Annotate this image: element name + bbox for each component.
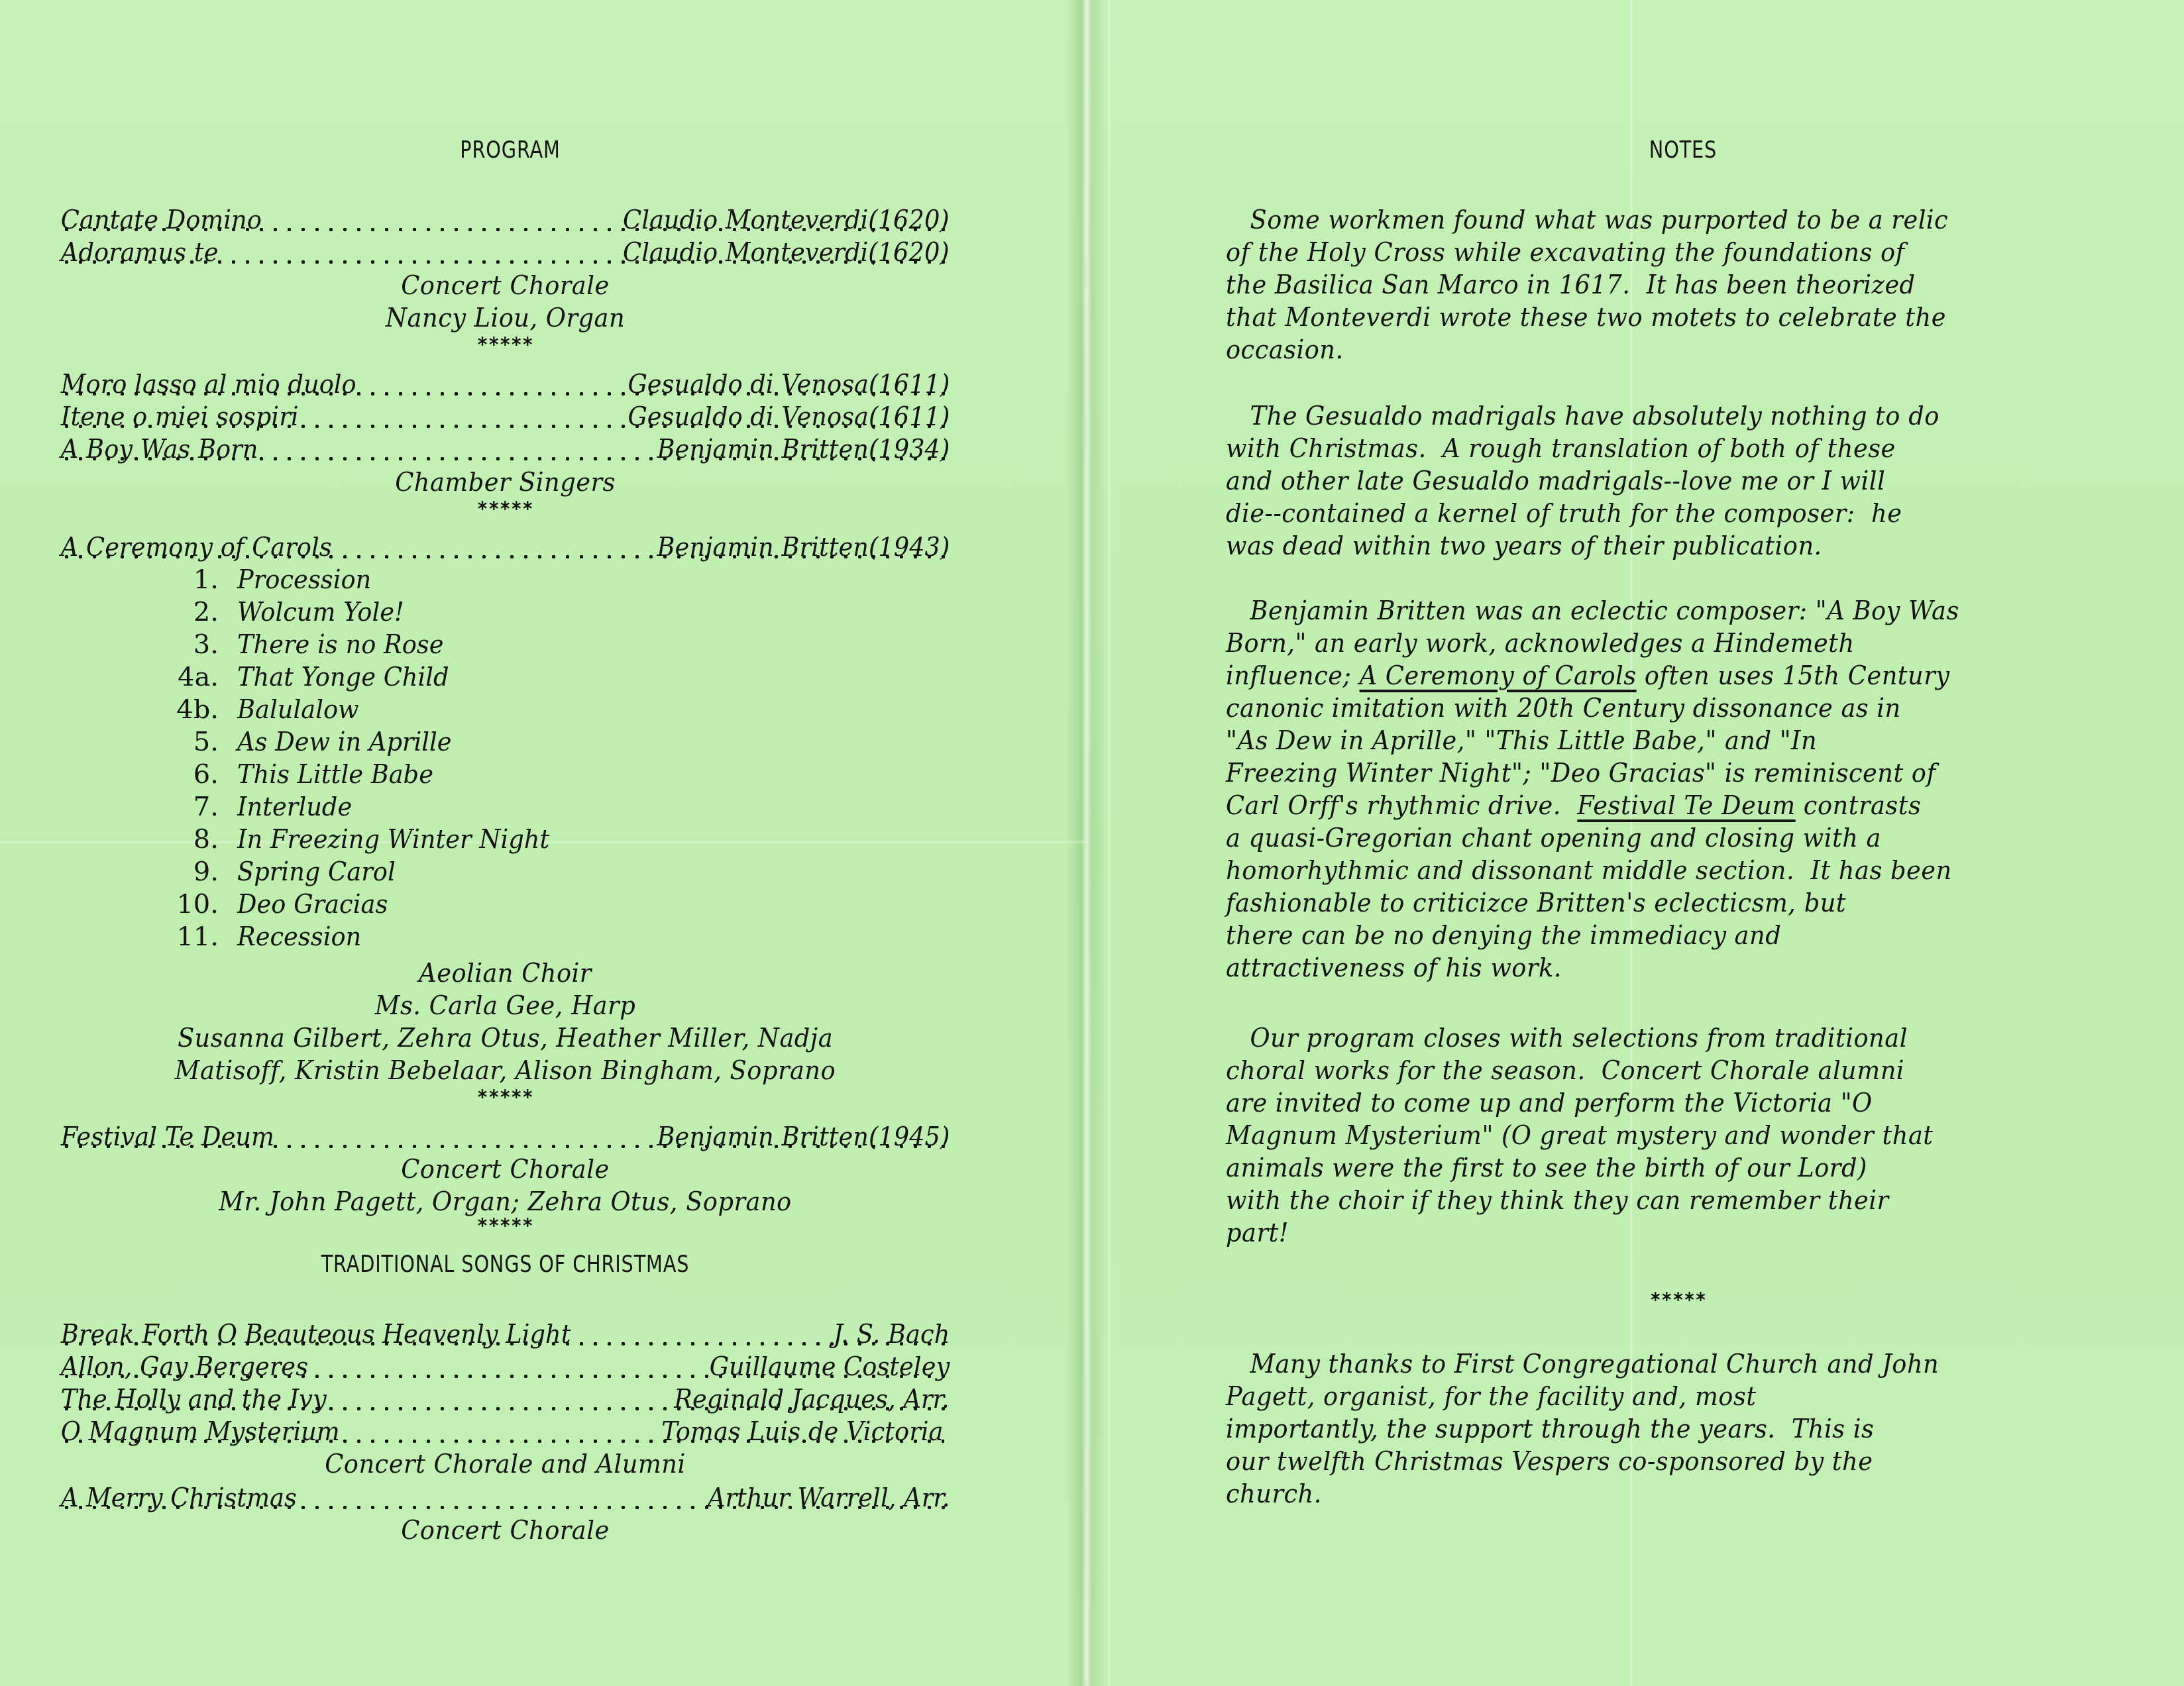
piece-composer: Guillaume Costeley bbox=[708, 1351, 951, 1383]
section-separator: ***** bbox=[95, 493, 915, 525]
movement-name: That Yonge Child bbox=[237, 661, 449, 694]
notes-line: canonic imitation with 20th Century diss… bbox=[1226, 692, 1901, 725]
notes-line: Magnum Mysterium" (O great mystery and w… bbox=[1226, 1120, 1934, 1152]
piece-composer: Reginald Jacques, Arr. bbox=[673, 1383, 951, 1416]
performer-line: Aeolian Choir bbox=[95, 957, 915, 990]
notes-line: church. bbox=[1226, 1478, 1322, 1510]
movement-name: Interlude bbox=[237, 791, 352, 823]
piece-title: Itene o miei sospiri bbox=[60, 401, 300, 433]
work-title: Festival Te Deum bbox=[1577, 790, 1795, 821]
notes-line: the Basilica San Marco in 1617. It has b… bbox=[1226, 269, 1916, 301]
program-entry: Itene o miei sospiri Gesualdo di Venosa(… bbox=[60, 401, 951, 433]
notes-line: Our program closes with selections from … bbox=[1226, 1022, 1908, 1055]
movement-number: 2. bbox=[152, 596, 219, 629]
movement-item: 3.There is no Rose bbox=[152, 629, 462, 661]
section-separator: ***** bbox=[95, 1210, 915, 1242]
notes-line: die--contained a kernel of truth for the… bbox=[1226, 498, 1902, 530]
piece-composer: Benjamin Britten(1943) bbox=[656, 531, 951, 564]
piece-composer: Benjamin Britten(1934) bbox=[656, 433, 951, 466]
notes-line: our twelfth Christmas Vespers co-sponsor… bbox=[1226, 1446, 1873, 1478]
movement-number: 1. bbox=[152, 564, 219, 596]
movement-name: As Dew in Aprille bbox=[237, 726, 452, 759]
notes-text: contrasts bbox=[1796, 790, 1922, 821]
piece-composer: J. S. Bach bbox=[832, 1318, 951, 1351]
movement-number: 11. bbox=[152, 921, 219, 953]
notes-line: influence; A Ceremony of Carols often us… bbox=[1226, 660, 1950, 692]
movement-item: 2.Wolcum Yole! bbox=[152, 596, 419, 629]
traditional-heading: TRADITIONAL SONGS OF CHRISTMAS bbox=[202, 1251, 809, 1278]
notes-heading: NOTES bbox=[1577, 136, 1789, 164]
movement-number: 6. bbox=[152, 759, 219, 791]
notes-text: Carl Orff's rhythmic drive. bbox=[1226, 790, 1577, 821]
notes-line: homorhythmic and dissonant middle sectio… bbox=[1226, 855, 1952, 887]
performer-line: Susanna Gilbert, Zehra Otus, Heather Mil… bbox=[95, 1022, 915, 1055]
performer-line: Concert Chorale bbox=[95, 1153, 915, 1186]
program-entry: Adoramus te Claudio Monteverdi(1620) bbox=[60, 237, 951, 269]
piece-title: O Magnum Mysterium bbox=[60, 1416, 341, 1448]
movement-name: Balulalow bbox=[237, 694, 359, 726]
notes-line: was dead within two years of their publi… bbox=[1226, 530, 1822, 562]
notes-line: fashionable to criticizce Britten's ecle… bbox=[1226, 887, 1846, 920]
program-entry: The Holly and the Ivy Reginald Jacques, … bbox=[60, 1383, 951, 1416]
movement-item: 1.Procession bbox=[152, 564, 383, 596]
movement-item: 10.Deo Gracias bbox=[152, 888, 401, 921]
piece-title: A Merry Christmas bbox=[60, 1482, 298, 1514]
piece-composer: Gesualdo di Venosa(1611) bbox=[626, 401, 951, 433]
notes-line: animals were the first to see the birth … bbox=[1226, 1152, 1867, 1185]
performer-line: Concert Chorale bbox=[95, 1514, 915, 1547]
notes-line: with the choir if they think they can re… bbox=[1226, 1185, 1889, 1217]
notes-line: "As Dew in Aprille," "This Little Babe,"… bbox=[1226, 725, 1817, 757]
notes-line: choral works for the season. Concert Cho… bbox=[1226, 1055, 1904, 1087]
piece-composer: Claudio Monteverdi(1620) bbox=[622, 204, 951, 237]
notes-line: are invited to come up and perform the V… bbox=[1226, 1087, 1873, 1120]
program-entry: Break Forth O Beauteous Heavenly Light J… bbox=[60, 1318, 951, 1351]
notes-line: part! bbox=[1226, 1217, 1289, 1249]
piece-title: Cantate Domino bbox=[60, 204, 263, 237]
movement-name: Wolcum Yole! bbox=[237, 596, 404, 629]
performer-line: Concert Chorale bbox=[95, 270, 915, 302]
notes-text: influence; bbox=[1226, 660, 1360, 691]
movement-name: Procession bbox=[237, 564, 371, 596]
movement-name: Deo Gracias bbox=[237, 888, 388, 921]
program-entry: A Boy Was Born Benjamin Britten(1934) bbox=[60, 433, 951, 466]
piece-title: Allon, Gay Bergeres bbox=[60, 1351, 309, 1383]
movement-number: 4b. bbox=[152, 694, 219, 726]
movement-number: 4a. bbox=[152, 661, 219, 694]
notes-line: The Gesualdo madrigals have absolutely n… bbox=[1226, 400, 1939, 433]
program-entry: A Ceremony of Carols Benjamin Britten(19… bbox=[60, 531, 951, 564]
movement-number: 9. bbox=[152, 856, 219, 888]
performer-line: Ms. Carla Gee, Harp bbox=[95, 990, 915, 1022]
movement-name: In Freezing Winter Night bbox=[237, 823, 549, 856]
notes-line: that Monteverdi wrote these two motets t… bbox=[1226, 301, 1946, 334]
movement-number: 10. bbox=[152, 888, 219, 921]
notes-line: Benjamin Britten was an eclectic compose… bbox=[1226, 595, 1959, 627]
movement-name: Recession bbox=[237, 921, 361, 953]
notes-line: attractiveness of his work. bbox=[1226, 952, 1562, 984]
notes-line: of the Holy Cross while excavating the f… bbox=[1226, 237, 1905, 269]
program-heading: PROGRAM bbox=[404, 136, 616, 164]
notes-line: occasion. bbox=[1226, 334, 1344, 366]
notes-line: Pagett, organist, for the facility and, … bbox=[1226, 1381, 1756, 1413]
piece-title: Break Forth O Beauteous Heavenly Light bbox=[60, 1318, 572, 1351]
movement-item: 7.Interlude bbox=[152, 791, 362, 823]
notes-text: often uses 15th Century bbox=[1637, 660, 1950, 691]
movement-name: There is no Rose bbox=[237, 629, 444, 661]
notes-line: Freezing Winter Night"; "Deo Gracias" is… bbox=[1226, 757, 1936, 790]
notes-line: importantly, the support through the yea… bbox=[1226, 1413, 1874, 1446]
work-title: A Ceremony of Carols bbox=[1360, 660, 1637, 691]
performer-line: Concert Chorale and Alumni bbox=[95, 1448, 915, 1481]
piece-title: A Ceremony of Carols bbox=[60, 531, 333, 564]
movement-item: 9.Spring Carol bbox=[152, 856, 409, 888]
piece-composer: Claudio Monteverdi(1620) bbox=[622, 237, 951, 269]
notes-line: and other late Gesualdo madrigals--love … bbox=[1226, 465, 1885, 498]
movement-item: 11.Recession bbox=[152, 921, 372, 953]
movement-item: 4b.Balulalow bbox=[152, 694, 370, 726]
movement-number: 7. bbox=[152, 791, 219, 823]
notes-line: a quasi-Gregorian chant opening and clos… bbox=[1226, 822, 1881, 855]
program-entry: Moro lasso al mio duolo Gesualdo di Veno… bbox=[60, 368, 951, 401]
section-separator: ***** bbox=[95, 1081, 915, 1114]
notes-line: Many thanks to First Congregational Chur… bbox=[1226, 1348, 1939, 1381]
movement-number: 8. bbox=[152, 823, 219, 856]
piece-title: Festival Te Deum bbox=[60, 1121, 276, 1153]
movement-number: 5. bbox=[152, 726, 219, 759]
notes-line: Carl Orff's rhythmic drive. Festival Te … bbox=[1226, 790, 1921, 822]
section-separator: ***** bbox=[95, 329, 915, 361]
notes-line: there can be no denying the immediacy an… bbox=[1226, 920, 1781, 952]
notes-line: Born," an early work, acknowledges a Hin… bbox=[1226, 627, 1855, 660]
movement-name: This Little Babe bbox=[237, 759, 433, 791]
piece-title: Adoramus te bbox=[60, 237, 219, 269]
program-entry: Cantate Domino Claudio Monteverdi(1620) bbox=[60, 204, 951, 237]
notes-line: Some workmen found what was purported to… bbox=[1226, 204, 1948, 237]
movement-item: 6.This Little Babe bbox=[152, 759, 451, 791]
center-fold bbox=[1108, 0, 1111, 1686]
movement-item: 8.In Freezing Winter Night bbox=[152, 823, 576, 856]
movement-item: 5.As Dew in Aprille bbox=[152, 726, 470, 759]
piece-composer: Gesualdo di Venosa(1611) bbox=[626, 368, 951, 401]
piece-title: Moro lasso al mio duolo bbox=[60, 368, 358, 401]
piece-title: A Boy Was Born bbox=[60, 433, 259, 466]
piece-title: The Holly and the Ivy bbox=[60, 1383, 328, 1416]
movement-name: Spring Carol bbox=[237, 856, 396, 888]
movement-item: 4a.That Yonge Child bbox=[152, 661, 467, 694]
notes-separator: ***** bbox=[1650, 1284, 1706, 1316]
program-entry: O Magnum Mysterium Tomas Luis de Victori… bbox=[60, 1416, 944, 1448]
program-entry: Festival Te Deum Benjamin Britten(1945) bbox=[60, 1121, 951, 1153]
program-entry: A Merry Christmas Arthur Warrell, Arr. bbox=[60, 1482, 951, 1514]
movement-number: 3. bbox=[152, 629, 219, 661]
program-entry: Allon, Gay Bergeres Guillaume Costeley bbox=[60, 1351, 951, 1383]
piece-composer: Arthur Warrell, Arr. bbox=[706, 1482, 951, 1514]
piece-composer: Benjamin Britten(1945) bbox=[656, 1121, 951, 1153]
piece-composer: Tomas Luis de Victoria bbox=[660, 1416, 944, 1448]
notes-line: with Christmas. A rough translation of b… bbox=[1226, 433, 1896, 465]
